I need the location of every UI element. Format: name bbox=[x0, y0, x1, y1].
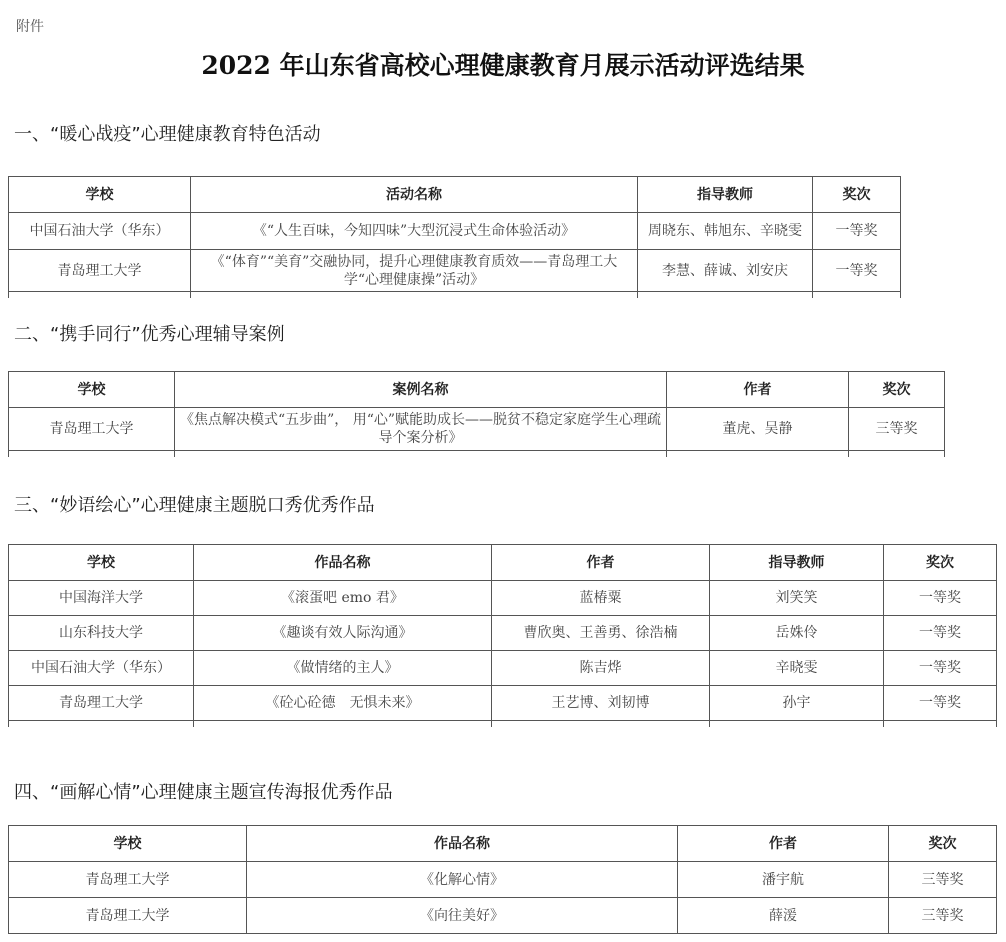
table-row: 中国海洋大学 《滚蛋吧 emo 君》 蓝椿粟 刘笑笑 一等奖 bbox=[9, 581, 997, 616]
cell-author: 潘宇航 bbox=[678, 862, 889, 898]
cell-award: 一等奖 bbox=[813, 213, 901, 250]
column-header-school: 学校 bbox=[9, 177, 191, 213]
table-talk-show-works: 学校 作品名称 作者 指导教师 奖次 中国海洋大学 《滚蛋吧 emo 君》 蓝椿… bbox=[8, 544, 997, 727]
document-title: 2022 年山东省高校心理健康教育月展示活动评选结果 bbox=[0, 46, 1006, 82]
cell-work-name: 《向往美好》 bbox=[247, 898, 678, 934]
table-poster-works: 学校 作品名称 作者 奖次 青岛理工大学 《化解心情》 潘宇航 三等奖 青岛理工… bbox=[8, 825, 997, 934]
cell-school: 中国石油大学（华东） bbox=[9, 651, 194, 686]
cell-activity-name: 《“人生百味，今知四味”大型沉浸式生命体验活动》 bbox=[191, 213, 638, 250]
cell-teacher: 刘笑笑 bbox=[710, 581, 884, 616]
cell-work-name: 《做情绪的主人》 bbox=[194, 651, 492, 686]
cell-school: 青岛理工大学 bbox=[9, 408, 175, 451]
column-header-teacher: 指导教师 bbox=[638, 177, 813, 213]
cell-author: 董虎、吴静 bbox=[667, 408, 849, 451]
cell-author: 曹欣奥、王善勇、徐浩楠 bbox=[492, 616, 710, 651]
column-header-award: 奖次 bbox=[849, 372, 945, 408]
cell-work-name: 《趣谈有效人际沟通》 bbox=[194, 616, 492, 651]
cell-work-name: 《滚蛋吧 emo 君》 bbox=[194, 581, 492, 616]
column-header-work-name: 作品名称 bbox=[247, 826, 678, 862]
cell-award: 一等奖 bbox=[884, 686, 997, 721]
cell-work-name: 《化解心情》 bbox=[247, 862, 678, 898]
section-heading-3: 三、“妙语绘心”心理健康主题脱口秀优秀作品 bbox=[14, 491, 375, 517]
cell-author: 薛湲 bbox=[678, 898, 889, 934]
section-heading-4: 四、“画解心情”心理健康主题宣传海报优秀作品 bbox=[14, 778, 393, 804]
column-header-author: 作者 bbox=[492, 545, 710, 581]
cell-award: 一等奖 bbox=[884, 651, 997, 686]
table-header-row: 学校 案例名称 作者 奖次 bbox=[9, 372, 945, 408]
table-row-cut bbox=[9, 292, 901, 299]
table-row: 青岛理工大学 《焦点解决模式“五步曲”， 用“心”赋能助成长——脱贫不稳定家庭学… bbox=[9, 408, 945, 451]
cell-author: 王艺博、刘韧博 bbox=[492, 686, 710, 721]
cell-school: 中国海洋大学 bbox=[9, 581, 194, 616]
column-header-school: 学校 bbox=[9, 545, 194, 581]
table-row-cut bbox=[9, 721, 997, 728]
table-row: 中国石油大学（华东） 《做情绪的主人》 陈吉烨 辛晓雯 一等奖 bbox=[9, 651, 997, 686]
table-header-row: 学校 作品名称 作者 奖次 bbox=[9, 826, 997, 862]
cell-school: 青岛理工大学 bbox=[9, 862, 247, 898]
table-row: 青岛理工大学 《“体育”“美育”交融协同，提升心理健康教育质效——青岛理工大学“… bbox=[9, 250, 901, 292]
attachment-label: 附件 bbox=[16, 16, 44, 36]
cell-activity-name: 《“体育”“美育”交融协同，提升心理健康教育质效——青岛理工大学“心理健康操”活… bbox=[191, 250, 638, 292]
column-header-award: 奖次 bbox=[813, 177, 901, 213]
table-row: 青岛理工大学 《化解心情》 潘宇航 三等奖 bbox=[9, 862, 997, 898]
column-header-award: 奖次 bbox=[884, 545, 997, 581]
column-header-author: 作者 bbox=[678, 826, 889, 862]
table-header-row: 学校 活动名称 指导教师 奖次 bbox=[9, 177, 901, 213]
column-header-school: 学校 bbox=[9, 372, 175, 408]
cell-school: 青岛理工大学 bbox=[9, 686, 194, 721]
table-featured-activities: 学校 活动名称 指导教师 奖次 中国石油大学（华东） 《“人生百味，今知四味”大… bbox=[8, 176, 901, 298]
cell-school: 中国石油大学（华东） bbox=[9, 213, 191, 250]
table-row: 山东科技大学 《趣谈有效人际沟通》 曹欣奥、王善勇、徐浩楠 岳姝伶 一等奖 bbox=[9, 616, 997, 651]
cell-author: 蓝椿粟 bbox=[492, 581, 710, 616]
column-header-teacher: 指导教师 bbox=[710, 545, 884, 581]
column-header-author: 作者 bbox=[667, 372, 849, 408]
table-row: 青岛理工大学 《向往美好》 薛湲 三等奖 bbox=[9, 898, 997, 934]
table-row: 中国石油大学（华东） 《“人生百味，今知四味”大型沉浸式生命体验活动》 周晓东、… bbox=[9, 213, 901, 250]
cell-award: 一等奖 bbox=[813, 250, 901, 292]
column-header-school: 学校 bbox=[9, 826, 247, 862]
table-header-row: 学校 作品名称 作者 指导教师 奖次 bbox=[9, 545, 997, 581]
cell-teacher: 孙宇 bbox=[710, 686, 884, 721]
column-header-activity-name: 活动名称 bbox=[191, 177, 638, 213]
cell-author: 陈吉烨 bbox=[492, 651, 710, 686]
table-row-cut bbox=[9, 451, 945, 458]
cell-school: 青岛理工大学 bbox=[9, 250, 191, 292]
cell-award: 一等奖 bbox=[884, 581, 997, 616]
cell-award: 三等奖 bbox=[849, 408, 945, 451]
table-row: 青岛理工大学 《砼心砼德 无惧未来》 王艺博、刘韧博 孙宇 一等奖 bbox=[9, 686, 997, 721]
section-heading-1: 一、“暖心战疫”心理健康教育特色活动 bbox=[14, 120, 321, 146]
cell-case-name: 《焦点解决模式“五步曲”， 用“心”赋能助成长——脱贫不稳定家庭学生心理疏导个案… bbox=[175, 408, 667, 451]
cell-work-name: 《砼心砼德 无惧未来》 bbox=[194, 686, 492, 721]
cell-teacher: 岳姝伶 bbox=[710, 616, 884, 651]
cell-school: 青岛理工大学 bbox=[9, 898, 247, 934]
cell-award: 三等奖 bbox=[889, 862, 997, 898]
cell-school: 山东科技大学 bbox=[9, 616, 194, 651]
column-header-case-name: 案例名称 bbox=[175, 372, 667, 408]
cell-teacher: 周晓东、韩旭东、辛晓雯 bbox=[638, 213, 813, 250]
cell-award: 三等奖 bbox=[889, 898, 997, 934]
column-header-award: 奖次 bbox=[889, 826, 997, 862]
table-counseling-cases: 学校 案例名称 作者 奖次 青岛理工大学 《焦点解决模式“五步曲”， 用“心”赋… bbox=[8, 371, 945, 457]
column-header-work-name: 作品名称 bbox=[194, 545, 492, 581]
cell-teacher: 李慧、薛诚、刘安庆 bbox=[638, 250, 813, 292]
cell-award: 一等奖 bbox=[884, 616, 997, 651]
section-heading-2: 二、“携手同行”优秀心理辅导案例 bbox=[14, 320, 285, 346]
cell-teacher: 辛晓雯 bbox=[710, 651, 884, 686]
